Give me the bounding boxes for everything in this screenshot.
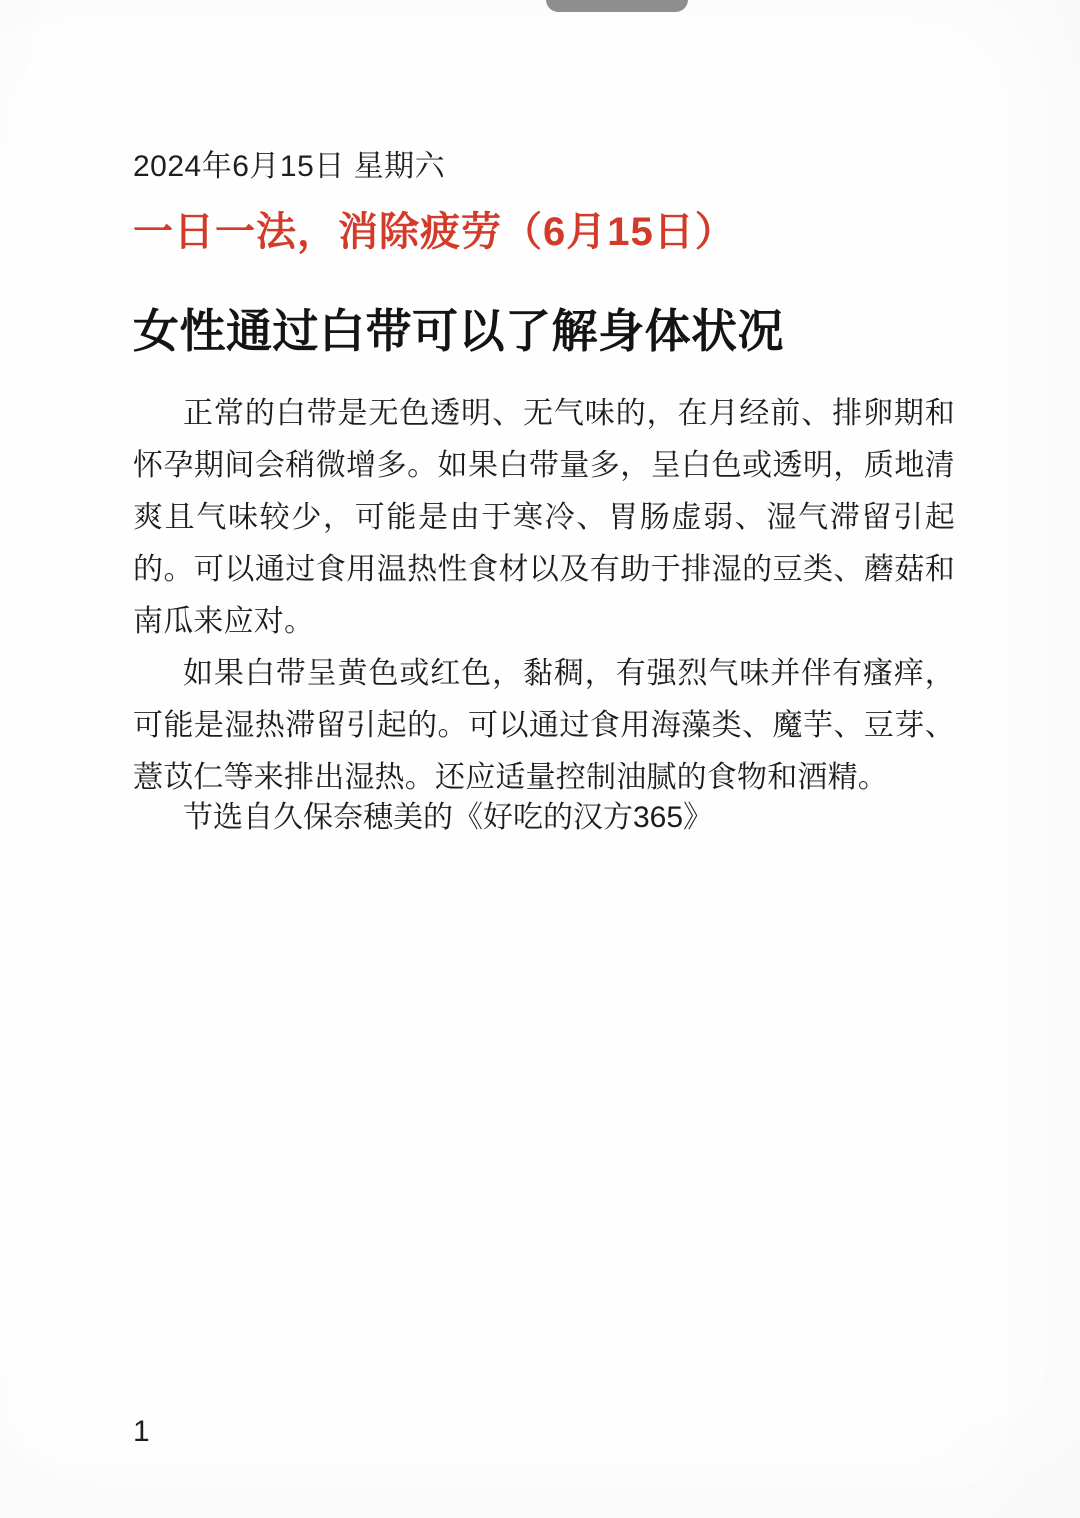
article-heading: 女性通过白带可以了解身体状况: [133, 302, 784, 360]
top-sheet-handle: [546, 0, 688, 12]
page-number: 1: [133, 1414, 150, 1450]
body-paragraph: 如果白带呈黄色或红色，黏稠，有强烈气味并伴有瘙痒，可能是湿热滞留引起的。可以通过…: [133, 648, 955, 804]
body-paragraph: 正常的白带是无色透明、无气味的，在月经前、排卵期和怀孕期间会稍微增多。如果白带量…: [133, 388, 955, 648]
article-body: 正常的白带是无色透明、无气味的，在月经前、排卵期和怀孕期间会稍微增多。如果白带量…: [133, 388, 955, 804]
date-line: 2024年6月15日 星期六: [133, 148, 445, 186]
source-attribution: 节选自久保奈穂美的《好吃的汉方365》: [133, 792, 955, 844]
document-page: 2024年6月15日 星期六 一日一法，消除疲劳（6月15日） 女性通过白带可以…: [0, 0, 1080, 1518]
article-title: 一日一法，消除疲劳（6月15日）: [133, 206, 736, 258]
